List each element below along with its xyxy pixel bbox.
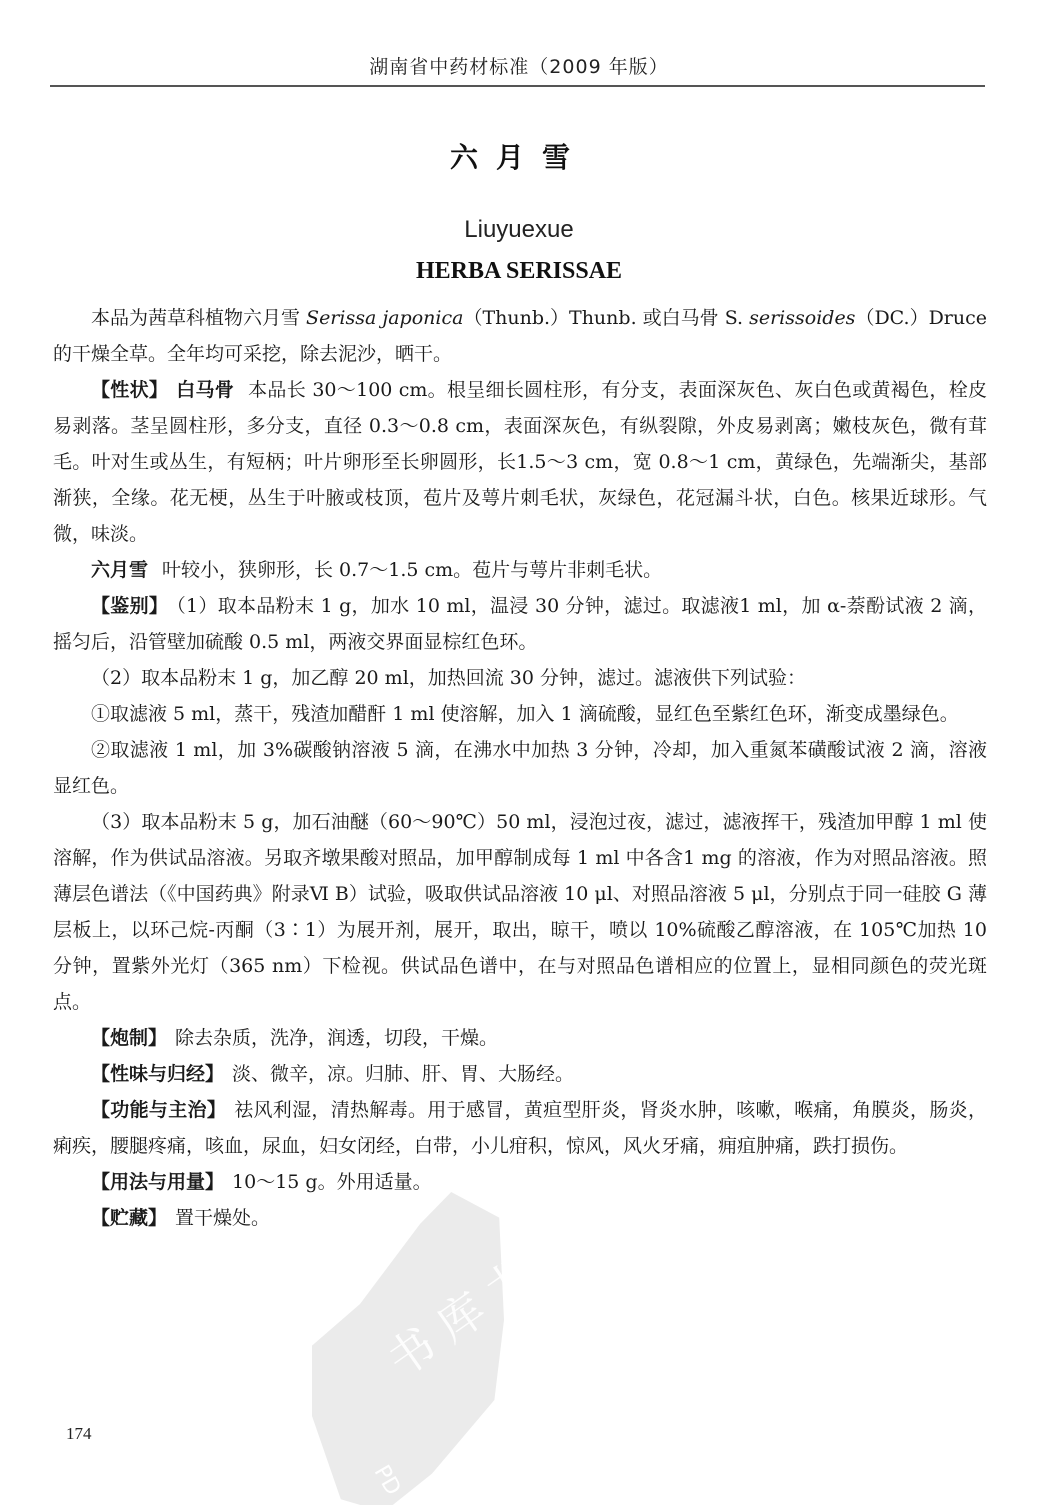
section-xingzhuang-sub: 六月雪叶较小，狭卵形，长 0.7～1.5 cm。苞片与萼片非刺毛状。 <box>53 552 987 588</box>
section-text: 置干燥处。 <box>175 1207 270 1229</box>
section-label: 【性状】 <box>91 379 168 401</box>
running-head: 湖南省中药材标准（2009 年版） <box>0 52 1038 79</box>
section-zhucang: 【贮藏】置干燥处。 <box>53 1200 987 1236</box>
section-jianbie: 【鉴别】（1）取本品粉末 1 g，加水 10 ml，温浸 30 分钟，滤过。取滤… <box>53 588 987 660</box>
page-title-latin: HERBA SERISSAE <box>0 258 1038 285</box>
section-text: 10～15 g。外用适量。 <box>232 1171 432 1193</box>
species-name: serissoides <box>749 307 855 329</box>
monograph-body: 本品为茜草科植物六月雪 Serissa japonica（Thunb.）Thun… <box>53 300 987 1236</box>
section-xingwei: 【性味与归经】淡、微辛，凉。归肺、肝、胃、大肠经。 <box>53 1056 987 1092</box>
section-label: 【功能与主治】 <box>91 1099 226 1121</box>
section-text: 叶较小，狭卵形，长 0.7～1.5 cm。苞片与萼片非刺毛状。 <box>162 559 662 581</box>
section-label: 【用法与用量】 <box>91 1171 224 1193</box>
section-label: 【性味与归经】 <box>91 1063 224 1085</box>
section-yongfa: 【用法与用量】10～15 g。外用适量。 <box>53 1164 987 1200</box>
subsection-label: 六月雪 <box>91 559 148 581</box>
section-text: 除去杂质，洗净，润透，切段，干燥。 <box>175 1027 498 1049</box>
section-text: （1）取本品粉末 1 g，加水 10 ml，温浸 30 分钟，滤过。取滤液1 m… <box>53 595 987 653</box>
section-label: 【炮制】 <box>91 1027 167 1049</box>
intro-text: 本品为茜草科植物六月雪 <box>91 307 306 329</box>
jianbie-item-3: （3）取本品粉末 5 g，加石油醚（60～90℃）50 ml，浸泡过夜，滤过，滤… <box>53 804 987 1020</box>
jianbie-item-2: （2）取本品粉末 1 g，加乙醇 20 ml，加热回流 30 分钟，滤过。滤液供… <box>53 660 987 696</box>
intro-text: （Thunb.）Thunb. 或白马骨 S. <box>463 307 749 329</box>
subsection-label: 白马骨 <box>176 379 234 401</box>
section-xingzhuang: 【性状】白马骨本品长 30～100 cm。根呈细长圆柱形，有分支，表面深灰色、灰… <box>53 372 987 552</box>
section-text: 淡、微辛，凉。归肺、肝、胃、大肠经。 <box>232 1063 574 1085</box>
jianbie-item-2a: ①取滤液 5 ml，蒸干，残渣加醋酐 1 ml 使溶解，加入 1 滴硫酸，显红色… <box>53 696 987 732</box>
page-number: 174 <box>66 1424 92 1444</box>
page-title-pinyin: Liuyuexue <box>0 216 1038 244</box>
section-gongneng: 【功能与主治】祛风利湿，清热解毒。用于感冒，黄疸型肝炎，肾炎水肿，咳嗽，喉痛，角… <box>53 1092 987 1164</box>
jianbie-item-2b: ②取滤液 1 ml，加 3%碳酸钠溶液 5 滴，在沸水中加热 3 分钟，冷却，加… <box>53 732 987 804</box>
section-text: 本品长 30～100 cm。根呈细长圆柱形，有分支，表面深灰色、灰白色或黄褐色，… <box>53 379 987 545</box>
species-name: Serissa japonica <box>306 307 463 329</box>
section-paozhi: 【炮制】除去杂质，洗净，润透，切段，干燥。 <box>53 1020 987 1056</box>
section-label: 【贮藏】 <box>91 1207 167 1229</box>
page-title-chinese: 六月雪 <box>0 136 1038 176</box>
intro-paragraph: 本品为茜草科植物六月雪 Serissa japonica（Thunb.）Thun… <box>53 300 987 372</box>
header-rule <box>50 85 985 87</box>
section-label: 【鉴别】 <box>91 595 168 617</box>
